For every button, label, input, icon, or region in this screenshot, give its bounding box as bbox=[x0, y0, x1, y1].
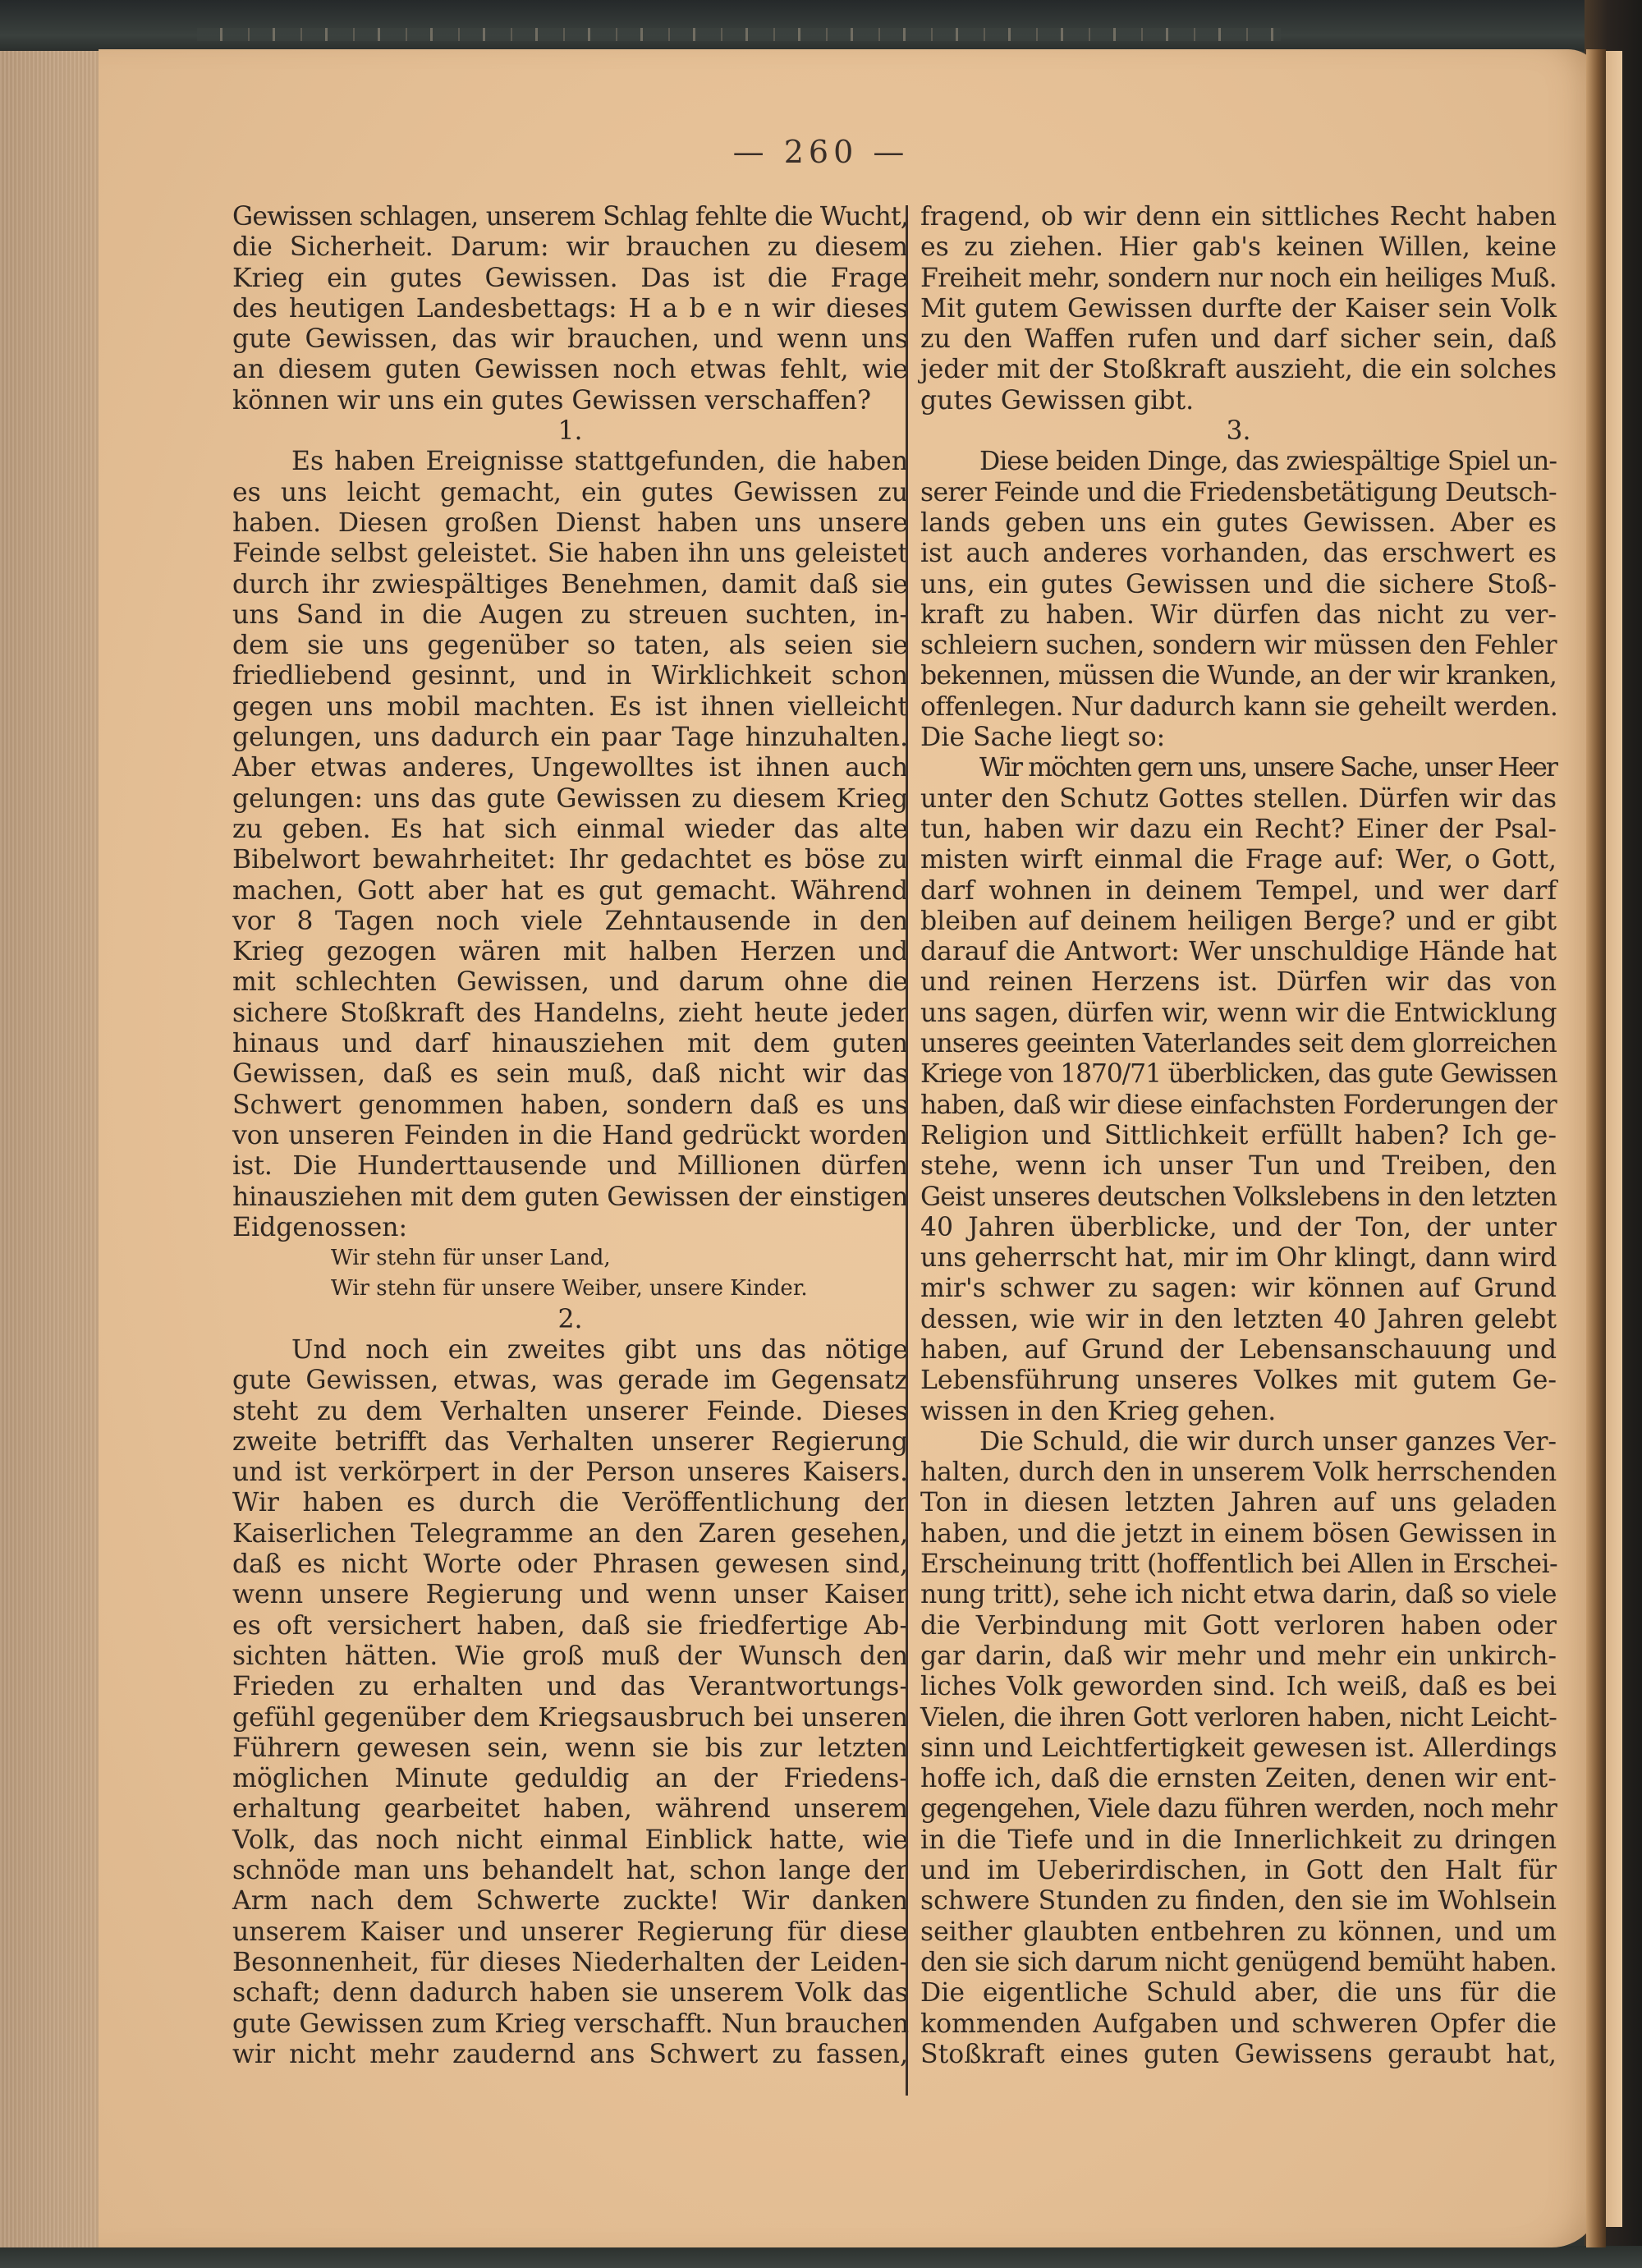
paragraph-first-line: Es haben Ereignisse stattgefunden, die h… bbox=[232, 447, 908, 477]
text-line: tun, haben wir dazu ein Recht? Einer der… bbox=[920, 815, 1557, 845]
text-line: Gewissen schlagen, unserem Schlag fehlte… bbox=[232, 202, 908, 232]
text-line: sinn und Leichtfertigkeit gewesen ist. A… bbox=[920, 1733, 1557, 1764]
text-line: halten, durch den in unserem Volk herrsc… bbox=[920, 1458, 1557, 1488]
text-line: offenlegen. Nur dadurch kann sie geheilt… bbox=[920, 692, 1557, 723]
text-line: Stoßkraft eines guten Gewissens geraubt … bbox=[920, 2040, 1557, 2070]
left-text-column: Gewissen schlagen, unserem Schlag fehlte… bbox=[232, 202, 908, 2070]
text-line: gelungen, uns dadurch ein paar Tage hinz… bbox=[232, 723, 908, 753]
text-line: friedliebend gesinnt, und in Wirklichkei… bbox=[232, 661, 908, 691]
text-line: gelungen: uns das gute Gewissen zu diese… bbox=[232, 784, 908, 815]
text-line: Kaiserlichen Telegramme an den Zaren ges… bbox=[232, 1519, 908, 1549]
text-line: 40 Jahren überblicke, und der Ton, der u… bbox=[920, 1213, 1557, 1243]
text-line: schaft; denn dadurch haben sie unserem V… bbox=[232, 1978, 908, 2009]
verse-line: Wir stehn für unser Land, bbox=[232, 1243, 908, 1274]
paragraph-last-line: Eidgenossen: bbox=[232, 1213, 908, 1243]
text-line: misten wirft einmal die Frage auf: Wer, … bbox=[920, 845, 1557, 875]
paragraph-last-line: können wir uns ein gutes Gewissen versch… bbox=[232, 386, 908, 416]
text-line: Ton in diesen letzten Jahren auf uns gel… bbox=[920, 1488, 1557, 1518]
text-line: Religion und Sittlichkeit erfüllt haben?… bbox=[920, 1121, 1557, 1151]
next-page-edge bbox=[1606, 51, 1622, 2227]
page-stack-edge bbox=[0, 51, 99, 2247]
text-line: daß es nicht Worte oder Phrasen gewesen … bbox=[232, 1549, 908, 1580]
text-line: Frieden zu erhalten und das Verantwortun… bbox=[232, 1672, 908, 1702]
paragraph-last-line: Die Sache liegt so: bbox=[920, 723, 1557, 753]
paragraph-first-line: Die Schuld, die wir durch unser ganzes V… bbox=[920, 1427, 1557, 1458]
text-line: gute Gewissen zum Krieg verschafft. Nun … bbox=[232, 2009, 908, 2040]
text-line: haben, auf Grund der Lebensanschauung un… bbox=[920, 1335, 1557, 1366]
text-line: lands geben uns ein gutes Gewissen. Aber… bbox=[920, 508, 1557, 539]
text-line: gar darin, daß wir mehr und mehr ein unk… bbox=[920, 1641, 1557, 1672]
text-line: vor 8 Tagen noch viele Zehntausende in d… bbox=[232, 907, 908, 937]
text-line: Arm nach dem Schwerte zuckte! Wir danken bbox=[232, 1886, 908, 1917]
text-line: zu geben. Es hat sich einmal wieder das … bbox=[232, 815, 908, 845]
text-line: haben, daß wir diese einfachsten Forderu… bbox=[920, 1090, 1557, 1121]
text-line: schwere Stunden zu finden, den sie im Wo… bbox=[920, 1886, 1557, 1917]
text-line: zweite betrifft das Verhalten unserer Re… bbox=[232, 1427, 908, 1458]
text-line: Besonnenheit, für dieses Niederhalten de… bbox=[232, 1948, 908, 1978]
text-line: Aber etwas anderes, Ungewolltes ist ihne… bbox=[232, 753, 908, 783]
text-line: haben. Diesen großen Dienst haben uns un… bbox=[232, 508, 908, 539]
text-line: den sie sich darum nicht genügend bemüht… bbox=[920, 1948, 1557, 1978]
text-line: gegengehen, Viele dazu führen werden, no… bbox=[920, 1794, 1557, 1825]
text-line: und reinen Herzens ist. Dürfen wir das v… bbox=[920, 967, 1557, 998]
text-line: Vielen, die ihren Gott verloren haben, n… bbox=[920, 1703, 1557, 1733]
text-line: uns geherrscht hat, mir im Ohr klingt, d… bbox=[920, 1243, 1557, 1274]
text-line: uns, ein gutes Gewissen und die sichere … bbox=[920, 570, 1557, 600]
text-line: Schwert genommen haben, sondern daß es u… bbox=[232, 1090, 908, 1121]
text-line: Mit gutem Gewissen durfte der Kaiser sei… bbox=[920, 294, 1557, 324]
text-line: uns sagen, dürfen wir, wenn wir die Entw… bbox=[920, 999, 1557, 1029]
paragraph-first-line: Wir möchten gern uns, unsere Sache, unse… bbox=[920, 753, 1557, 783]
text-line: jeder mit der Stoßkraft auszieht, die ei… bbox=[920, 355, 1557, 385]
right-text-column: fragend, ob wir denn ein sittliches Rech… bbox=[920, 202, 1557, 2070]
text-line: schnöde man uns behandelt hat, schon lan… bbox=[232, 1856, 908, 1886]
text-line: mit schlechten Gewissen, und darum ohne … bbox=[232, 967, 908, 998]
text-line: ist auch anderes vorhanden, das erschwer… bbox=[920, 539, 1557, 569]
text-line: serer Feinde und die Friedensbetätigung … bbox=[920, 478, 1557, 508]
text-line: bekennen, müssen die Wunde, an der wir k… bbox=[920, 661, 1557, 691]
text-line: wenn unsere Regierung und wenn unser Kai… bbox=[232, 1580, 908, 1610]
text-line: gegen uns mobil machten. Es ist ihnen vi… bbox=[232, 692, 908, 723]
text-line: kommenden Aufgaben und schweren Opfer di… bbox=[920, 2009, 1557, 2040]
paragraph-last-line: wissen in den Krieg gehen. bbox=[920, 1397, 1557, 1427]
worn-cloth-edge bbox=[197, 28, 1281, 41]
text-line: des heutigen Landesbettags: H a b e n wi… bbox=[232, 294, 908, 324]
text-line: Bibelwort bewahrheitet: Ihr gedachtet es… bbox=[232, 845, 908, 875]
text-line: dem sie uns gegenüber so taten, als seie… bbox=[232, 631, 908, 661]
page-gutter-shadow bbox=[1586, 49, 1606, 2247]
text-line: hoffe ich, daß die ernsten Zeiten, denen… bbox=[920, 1764, 1557, 1794]
text-line: es zu ziehen. Hier gab's keinen Willen, … bbox=[920, 232, 1557, 263]
text-line: durch ihr zwiespältiges Benehmen, damit … bbox=[232, 570, 908, 600]
text-line: unserem Kaiser und unserer Regierung für… bbox=[232, 1917, 908, 1948]
section-number: 1. bbox=[232, 416, 908, 447]
column-divider-rule bbox=[906, 205, 908, 2096]
text-line: unseres geeinten Vaterlandes seit dem gl… bbox=[920, 1029, 1557, 1059]
text-line: Freiheit mehr, sondern nur noch ein heil… bbox=[920, 264, 1557, 294]
text-line: und ist verkörpert in der Person unseres… bbox=[232, 1458, 908, 1488]
text-line: wir nicht mehr zaudernd ans Schwert zu f… bbox=[232, 2040, 908, 2070]
page-number: — 260 — bbox=[0, 134, 1642, 170]
text-line: Lebensführung unseres Volkes mit gutem G… bbox=[920, 1366, 1557, 1396]
book-cover-bottom bbox=[0, 2246, 1642, 2268]
text-line: an diesem guten Gewissen noch etwas fehl… bbox=[232, 355, 908, 385]
text-line: Feinde selbst geleistet. Sie haben ihn u… bbox=[232, 539, 908, 569]
text-line: sichten hätten. Wie groß muß der Wunsch … bbox=[232, 1641, 908, 1672]
text-line: darf wohnen in deinem Tempel, und wer da… bbox=[920, 876, 1557, 907]
text-line: uns Sand in die Augen zu streuen suchten… bbox=[232, 600, 908, 631]
text-line: Krieg gezogen wären mit halben Herzen un… bbox=[232, 937, 908, 967]
book-cover-top bbox=[0, 0, 1642, 51]
paragraph-last-line: gutes Gewissen gibt. bbox=[920, 386, 1557, 416]
text-line: mir's schwer zu sagen: wir können auf Gr… bbox=[920, 1274, 1557, 1304]
text-line: machen, Gott aber hat es gut gemacht. Wä… bbox=[232, 876, 908, 907]
text-line: die Sicherheit. Darum: wir brauchen zu d… bbox=[232, 232, 908, 263]
text-line: sichere Stoßkraft des Handelns, zieht he… bbox=[232, 999, 908, 1029]
text-line: Volk, das noch nicht einmal Einblick hat… bbox=[232, 1825, 908, 1856]
text-line: fragend, ob wir denn ein sittliches Rech… bbox=[920, 202, 1557, 232]
text-line: Erscheinung tritt (hoffentlich bei Allen… bbox=[920, 1549, 1557, 1580]
text-line: es uns leicht gemacht, ein gutes Gewisse… bbox=[232, 478, 908, 508]
text-line: Die eigentliche Schuld aber, die uns für… bbox=[920, 1978, 1557, 2009]
text-line: bleiben auf deinem heiligen Berge? und e… bbox=[920, 907, 1557, 937]
text-line: unter den Schutz Gottes stellen. Dürfen … bbox=[920, 784, 1557, 815]
text-line: stehe, wenn ich unser Tun und Treiben, d… bbox=[920, 1151, 1557, 1182]
text-line: Gewissen, daß es sein muß, daß nicht wir… bbox=[232, 1059, 908, 1090]
text-line: von unseren Feinden in die Hand gedrückt… bbox=[232, 1121, 908, 1151]
text-line: hinausziehen mit dem guten Gewissen der … bbox=[232, 1182, 908, 1213]
text-line: Wir haben es durch die Veröffentlichung … bbox=[232, 1488, 908, 1518]
text-line: erhaltung gearbeitet haben, während unse… bbox=[232, 1794, 908, 1825]
text-line: zu den Waffen rufen und darf sicher sein… bbox=[920, 324, 1557, 355]
text-line: in die Tiefe und in die Innerlichkeit zu… bbox=[920, 1825, 1557, 1856]
text-line: Führern gewesen sein, wenn sie bis zur l… bbox=[232, 1733, 908, 1764]
paragraph-first-line: Diese beiden Dinge, das zwiespältige Spi… bbox=[920, 447, 1557, 477]
text-line: es oft versichert haben, daß sie friedfe… bbox=[232, 1611, 908, 1641]
section-number: 3. bbox=[920, 416, 1557, 447]
text-line: dessen, wie wir in den letzten 40 Jahren… bbox=[920, 1305, 1557, 1335]
text-line: gute Gewissen, etwas, was gerade im Gege… bbox=[232, 1366, 908, 1396]
text-line: gute Gewissen, das wir brauchen, und wen… bbox=[232, 324, 908, 355]
text-line: Kriege von 1870/71 überblicken, das gute… bbox=[920, 1059, 1557, 1090]
text-line: haben, und die jetzt in einem bösen Gewi… bbox=[920, 1519, 1557, 1549]
text-line: seither glaubten entbehren zu können, un… bbox=[920, 1917, 1557, 1948]
text-line: darauf die Antwort: Wer unschuldige Händ… bbox=[920, 937, 1557, 967]
text-line: die Verbindung mit Gott verloren haben o… bbox=[920, 1611, 1557, 1641]
text-line: schleiern suchen, sondern wir müssen den… bbox=[920, 631, 1557, 661]
verse-line: Wir stehn für unsere Weiber, unsere Kind… bbox=[232, 1274, 908, 1304]
text-line: Krieg ein gutes Gewissen. Das ist die Fr… bbox=[232, 264, 908, 294]
text-line: steht zu dem Verhalten unserer Feinde. D… bbox=[232, 1397, 908, 1427]
text-line: gefühl gegenüber dem Kriegsausbruch bei … bbox=[232, 1703, 908, 1733]
text-line: ist. Die Hunderttausende und Millionen d… bbox=[232, 1151, 908, 1182]
text-line: kraft zu haben. Wir dürfen das nicht zu … bbox=[920, 600, 1557, 631]
text-line: möglichen Minute geduldig an der Frieden… bbox=[232, 1764, 908, 1794]
text-line: hinaus und darf hinausziehen mit dem gut… bbox=[232, 1029, 908, 1059]
text-line: Geist unseres deutschen Volkslebens in d… bbox=[920, 1182, 1557, 1213]
text-line: liches Volk geworden sind. Ich weiß, daß… bbox=[920, 1672, 1557, 1702]
paragraph-first-line: Und noch ein zweites gibt uns das nötige bbox=[232, 1335, 908, 1366]
text-line: und im Ueberirdischen, in Gott den Halt … bbox=[920, 1856, 1557, 1886]
text-line: nung tritt), sehe ich nicht etwa darin, … bbox=[920, 1580, 1557, 1610]
section-number: 2. bbox=[232, 1305, 908, 1335]
